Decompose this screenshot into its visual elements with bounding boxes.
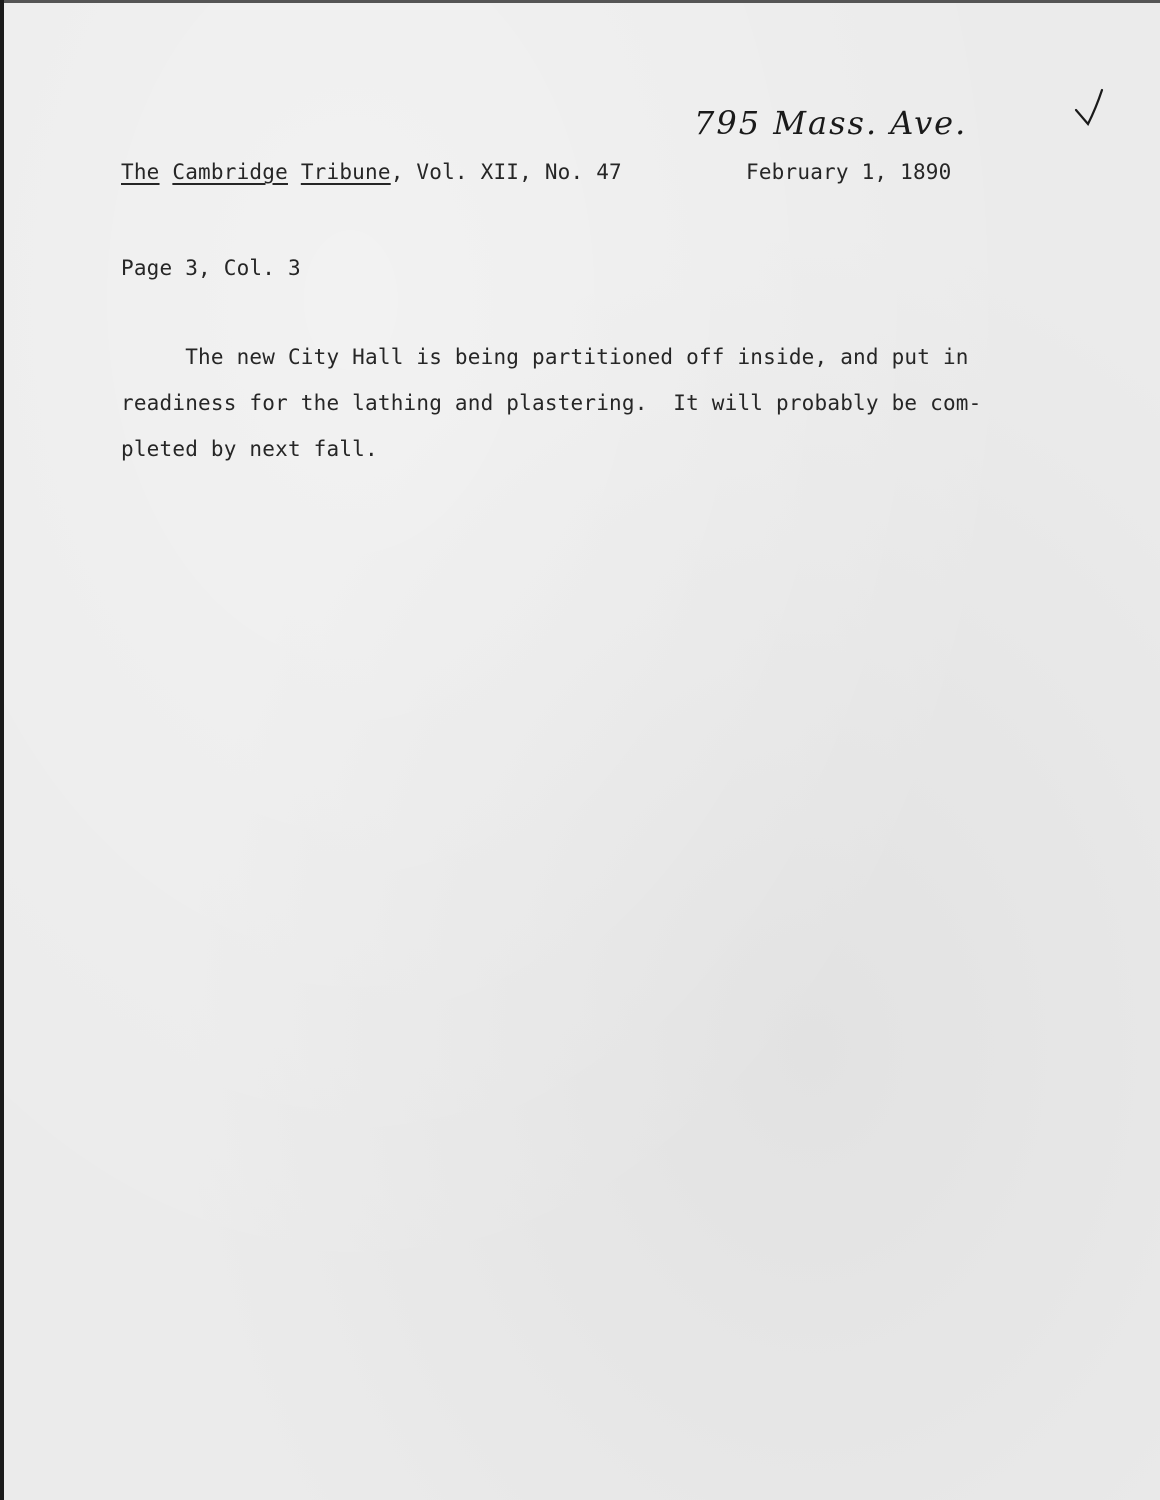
document-page: 795 Mass. Ave. The Cambridge Tribune, Vo… xyxy=(0,0,1160,1500)
check-mark-icon xyxy=(1072,88,1112,138)
publication-word-tribune: Tribune xyxy=(301,160,391,184)
handwritten-address: 795 Mass. Ave. xyxy=(694,104,967,142)
publication-word-the: The xyxy=(121,160,160,184)
page-column-location: Page 3, Col. 3 xyxy=(121,256,301,280)
article-line: The new City Hall is being partitioned o… xyxy=(121,334,982,380)
publication-word-cambridge: Cambridge xyxy=(172,160,288,184)
article-line: readiness for the lathing and plastering… xyxy=(121,380,982,426)
page-top-edge xyxy=(4,0,1160,3)
publication-date: February 1, 1890 xyxy=(746,160,952,184)
article-body: The new City Hall is being partitioned o… xyxy=(121,334,982,472)
citation-header: The Cambridge Tribune, Vol. XII, No. 47 xyxy=(121,160,622,184)
volume-issue: , Vol. XII, No. 47 xyxy=(391,160,622,184)
article-line: pleted by next fall. xyxy=(121,426,982,472)
